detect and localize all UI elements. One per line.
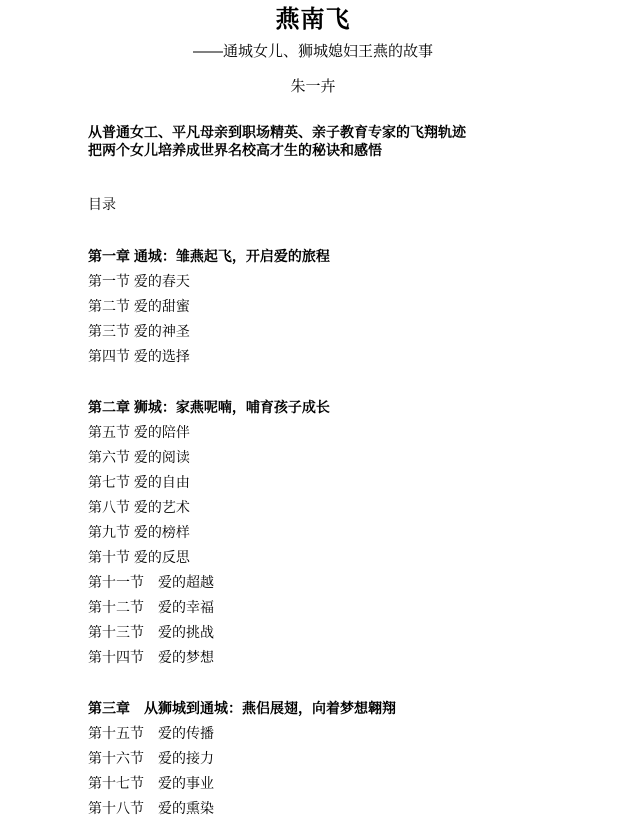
toc-section-entry: 第十五节 爱的传播 (88, 721, 626, 746)
toc-section-entry: 第七节 爱的自由 (88, 470, 626, 495)
toc-section-entry: 第十六节 爱的接力 (88, 746, 626, 771)
toc-chapter-entry: 第二章 狮城：家燕呢喃，哺育孩子成长 (88, 395, 626, 420)
toc-section-entry: 第六节 爱的阅读 (88, 445, 626, 470)
toc-section-entry: 第三节 爱的神圣 (88, 319, 626, 344)
book-tagline: 从普通女工、平凡母亲到职场精英、亲子教育专家的飞翔轨迹 把两个女儿培养成世界名校… (88, 123, 576, 159)
book-author: 朱一卉 (0, 78, 626, 96)
toc-section-entry: 第十八节 爱的熏染 (88, 796, 626, 821)
tagline-line1: 从普通女工、平凡母亲到职场精英、亲子教育专家的飞翔轨迹 (88, 123, 576, 141)
toc-section-entry: 第二节 爱的甜蜜 (88, 294, 626, 319)
tagline-line2: 把两个女儿培养成世界名校高才生的秘诀和感悟 (88, 141, 576, 159)
toc-section-entry: 第十四节 爱的梦想 (88, 645, 626, 670)
document-page: 燕南飞 ——通城女儿、狮城媳妇王燕的故事 朱一卉 从普通女工、平凡母亲到职场精英… (0, 0, 626, 829)
book-subtitle: ——通城女儿、狮城媳妇王燕的故事 (0, 42, 626, 62)
toc-chapter-entry: 第一章 通城：雏燕起飞，开启爱的旅程 (88, 244, 626, 269)
toc-section-entry: 第九节 爱的榜样 (88, 520, 626, 545)
toc-section-entry: 第五节 爱的陪伴 (88, 420, 626, 445)
toc-section-entry: 第四节 爱的选择 (88, 344, 626, 369)
toc-list: 第一章 通城：雏燕起飞，开启爱的旅程第一节 爱的春天第二节 爱的甜蜜第三节 爱的… (88, 244, 626, 821)
toc-section-entry: 第八节 爱的艺术 (88, 495, 626, 520)
toc-section-entry: 第十三节 爱的挑战 (88, 620, 626, 645)
toc-section-entry: 第十七节 爱的事业 (88, 771, 626, 796)
toc-section-entry: 第十一节 爱的超越 (88, 570, 626, 595)
toc-section-entry: 第十二节 爱的幸福 (88, 595, 626, 620)
book-title: 燕南飞 (0, 6, 626, 33)
toc-heading: 目录 (88, 192, 626, 217)
toc-chapter-entry: 第三章 从狮城到通城：燕侣展翅，向着梦想翱翔 (88, 696, 626, 721)
toc-section-entry: 第一节 爱的春天 (88, 269, 626, 294)
toc-section-entry: 第十节 爱的反思 (88, 545, 626, 570)
